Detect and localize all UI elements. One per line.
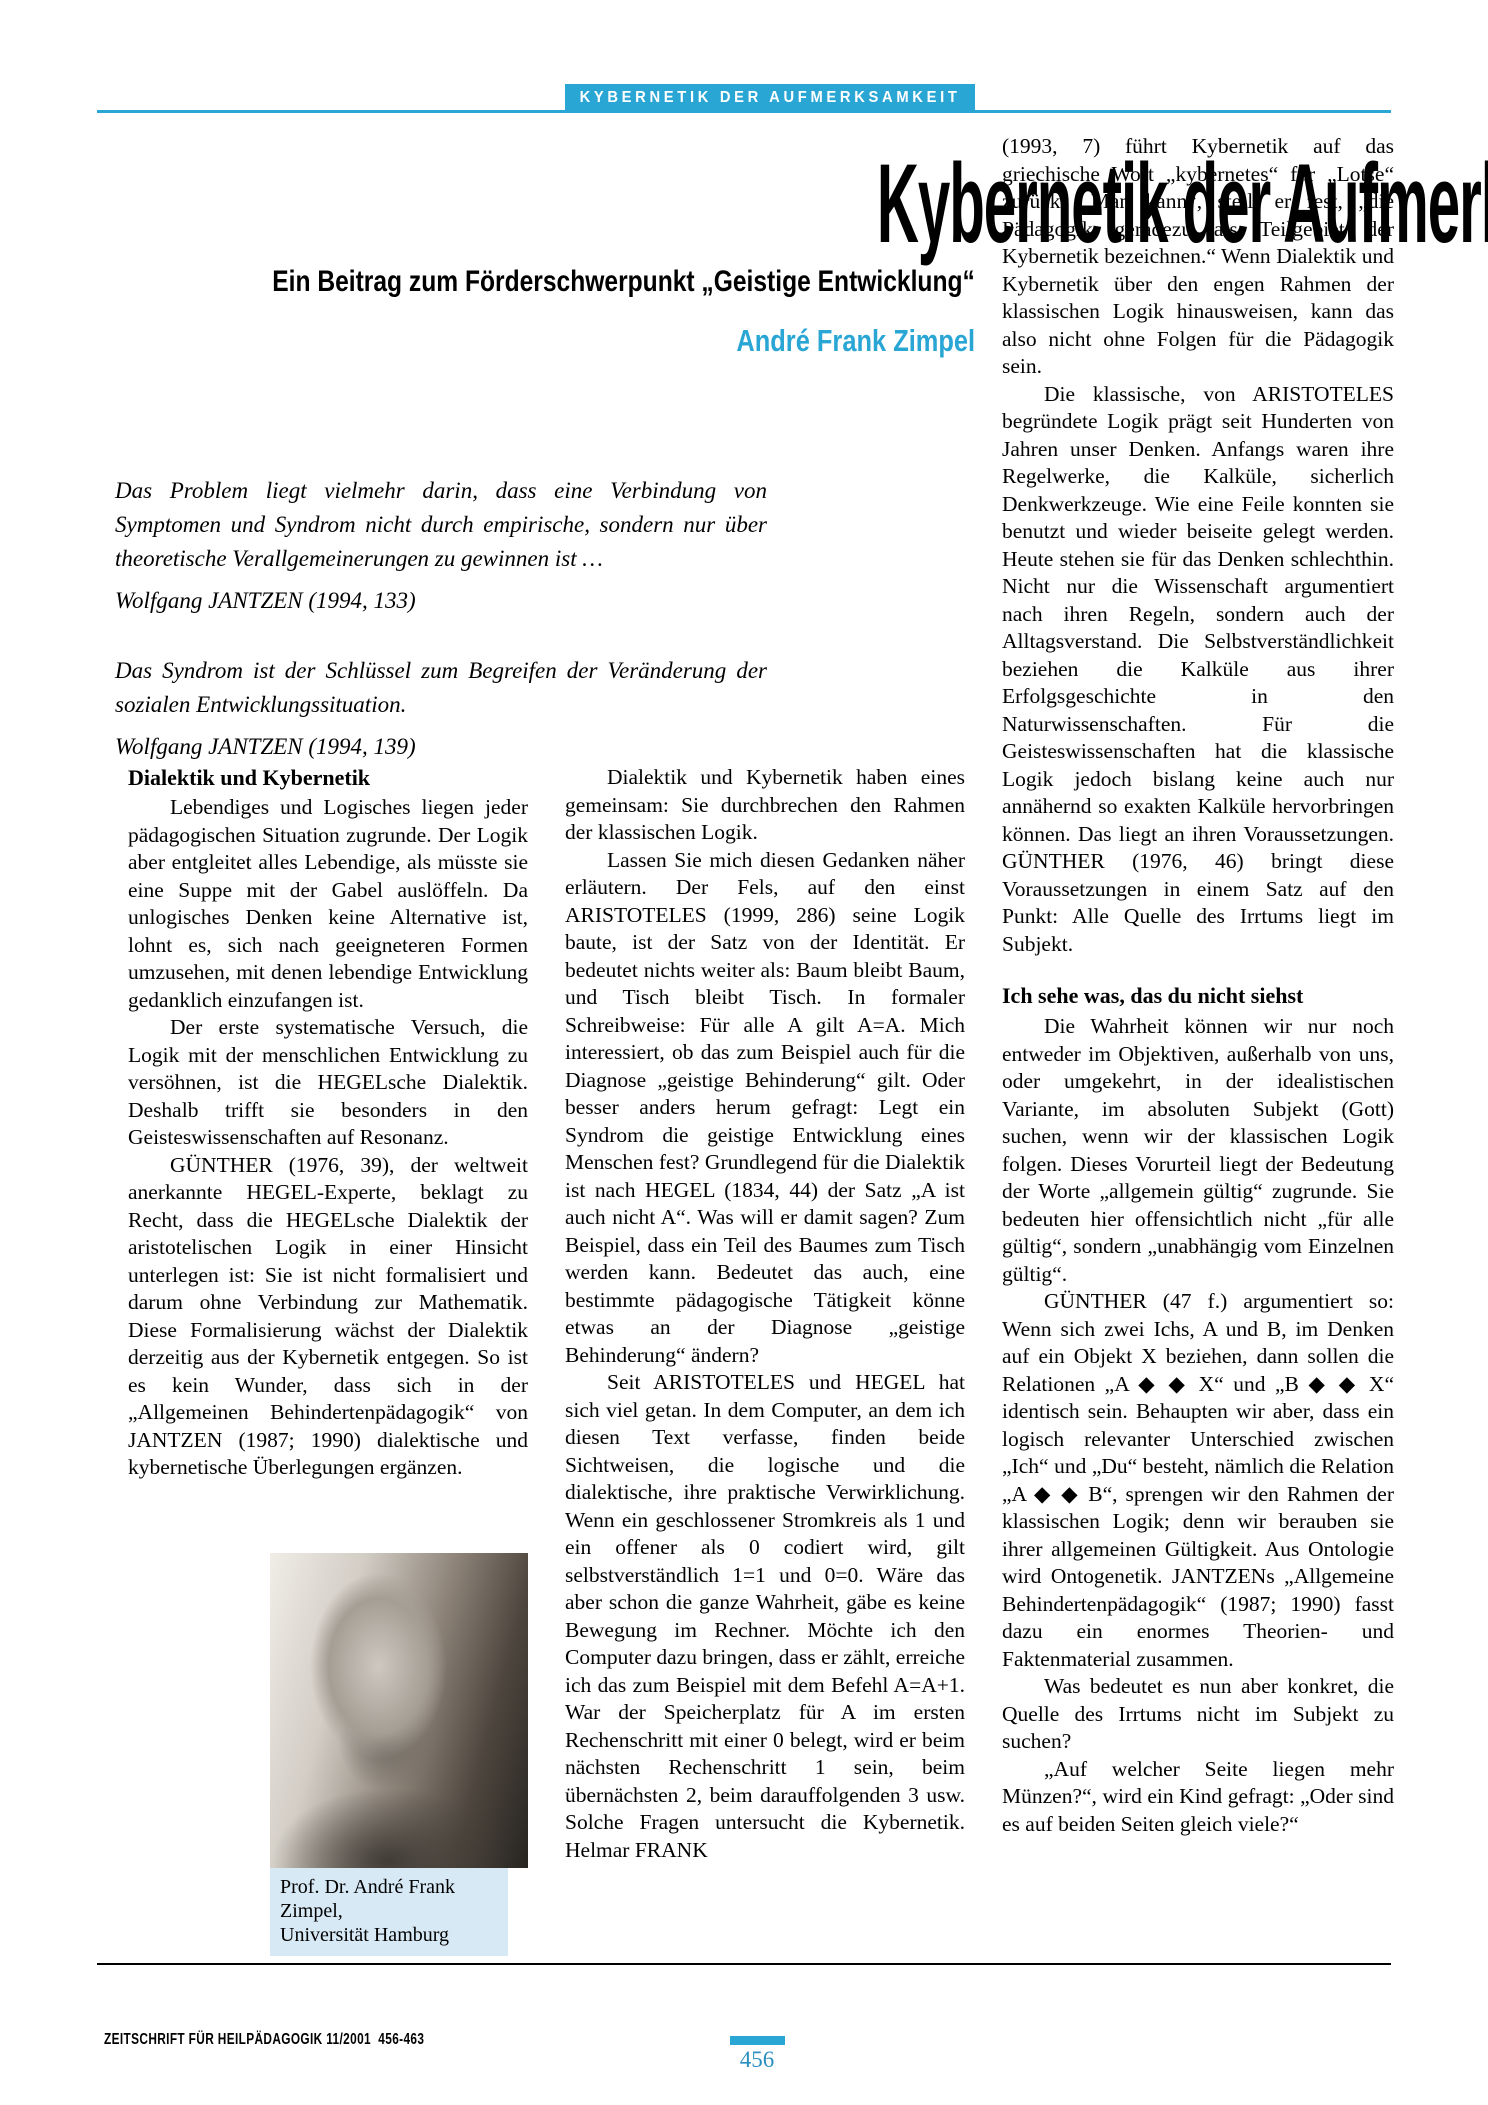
epigraph-block: Das Problem liegt vielmehr darin, dass e… xyxy=(115,474,767,764)
paragraph: Der erste systematische Versuch, die Log… xyxy=(128,1014,528,1152)
paragraph: Lebendiges und Logisches liegen jeder pä… xyxy=(128,794,528,1014)
paragraph: GÜNTHER (1976, 39), der weltweit anerkan… xyxy=(128,1152,528,1482)
portrait-photo xyxy=(270,1553,528,1868)
paragraph: Dialektik und Kybernetik haben eines gem… xyxy=(565,764,965,847)
top-rule xyxy=(97,110,1391,113)
paragraph: Seit ARISTOTELES und HEGEL hat sich viel… xyxy=(565,1369,965,1864)
kicker-text: KYBERNETIK DER AUFMERKSAMKEIT xyxy=(580,89,961,107)
column-3: (1993, 7) führt Kybernetik auf das griec… xyxy=(1002,133,1394,1838)
kicker-bar: KYBERNETIK DER AUFMERKSAMKEIT xyxy=(565,84,975,111)
paragraph: „Auf welcher Seite liegen mehr Münzen?“,… xyxy=(1002,1756,1394,1839)
epigraph-attribution: Wolfgang JANTZEN (1994, 133) xyxy=(115,584,767,618)
paragraph: GÜNTHER (47 f.) argumentiert so: Wenn si… xyxy=(1002,1288,1394,1673)
page-number-bar xyxy=(730,2036,785,2045)
column-1: Dialektik und Kybernetik Lebendiges und … xyxy=(128,764,528,1482)
paragraph: (1993, 7) führt Kybernetik auf das griec… xyxy=(1002,133,1394,381)
column-2: Dialektik und Kybernetik haben eines gem… xyxy=(565,764,965,1864)
article-subtitle: Ein Beitrag zum Förderschwerpunkt „Geist… xyxy=(272,266,975,298)
photo-caption: Prof. Dr. André Frank Zimpel, Universitä… xyxy=(270,1868,508,1956)
epigraph-quote: Das Problem liegt vielmehr darin, dass e… xyxy=(115,474,767,576)
page-number: 456 xyxy=(712,2047,802,2073)
journal-line: ZEITSCHRIFT FÜR HEILPÄDAGOGIK 11/2001 45… xyxy=(104,2031,424,2049)
paragraph: Die klassische, von ARISTOTELES begründe… xyxy=(1002,381,1394,959)
paragraph: Die Wahrheit können wir nur noch entwede… xyxy=(1002,1013,1394,1288)
epigraph-attribution: Wolfgang JANTZEN (1994, 139) xyxy=(115,730,767,764)
section-heading-dialektik: Dialektik und Kybernetik xyxy=(128,764,528,791)
bottom-rule xyxy=(97,1963,1391,1965)
article-page: { "colors": { "accent_cyan": "#2aa6d5", … xyxy=(0,0,1488,2105)
section-heading-ich-sehe-was: Ich sehe was, das du nicht siehst xyxy=(1002,982,1394,1009)
paragraph: Lassen Sie mich diesen Gedanken näher er… xyxy=(565,847,965,1370)
article-author: André Frank Zimpel xyxy=(736,324,975,357)
paragraph: Was bedeutet es nun aber konkret, die Qu… xyxy=(1002,1673,1394,1756)
page-number-block: 456 xyxy=(712,2036,802,2073)
epigraph-quote: Das Syndrom ist der Schlüssel zum Begrei… xyxy=(115,654,767,722)
masthead: Kybernetik der Aufmerksamkeit Ein Beitra… xyxy=(97,148,975,357)
